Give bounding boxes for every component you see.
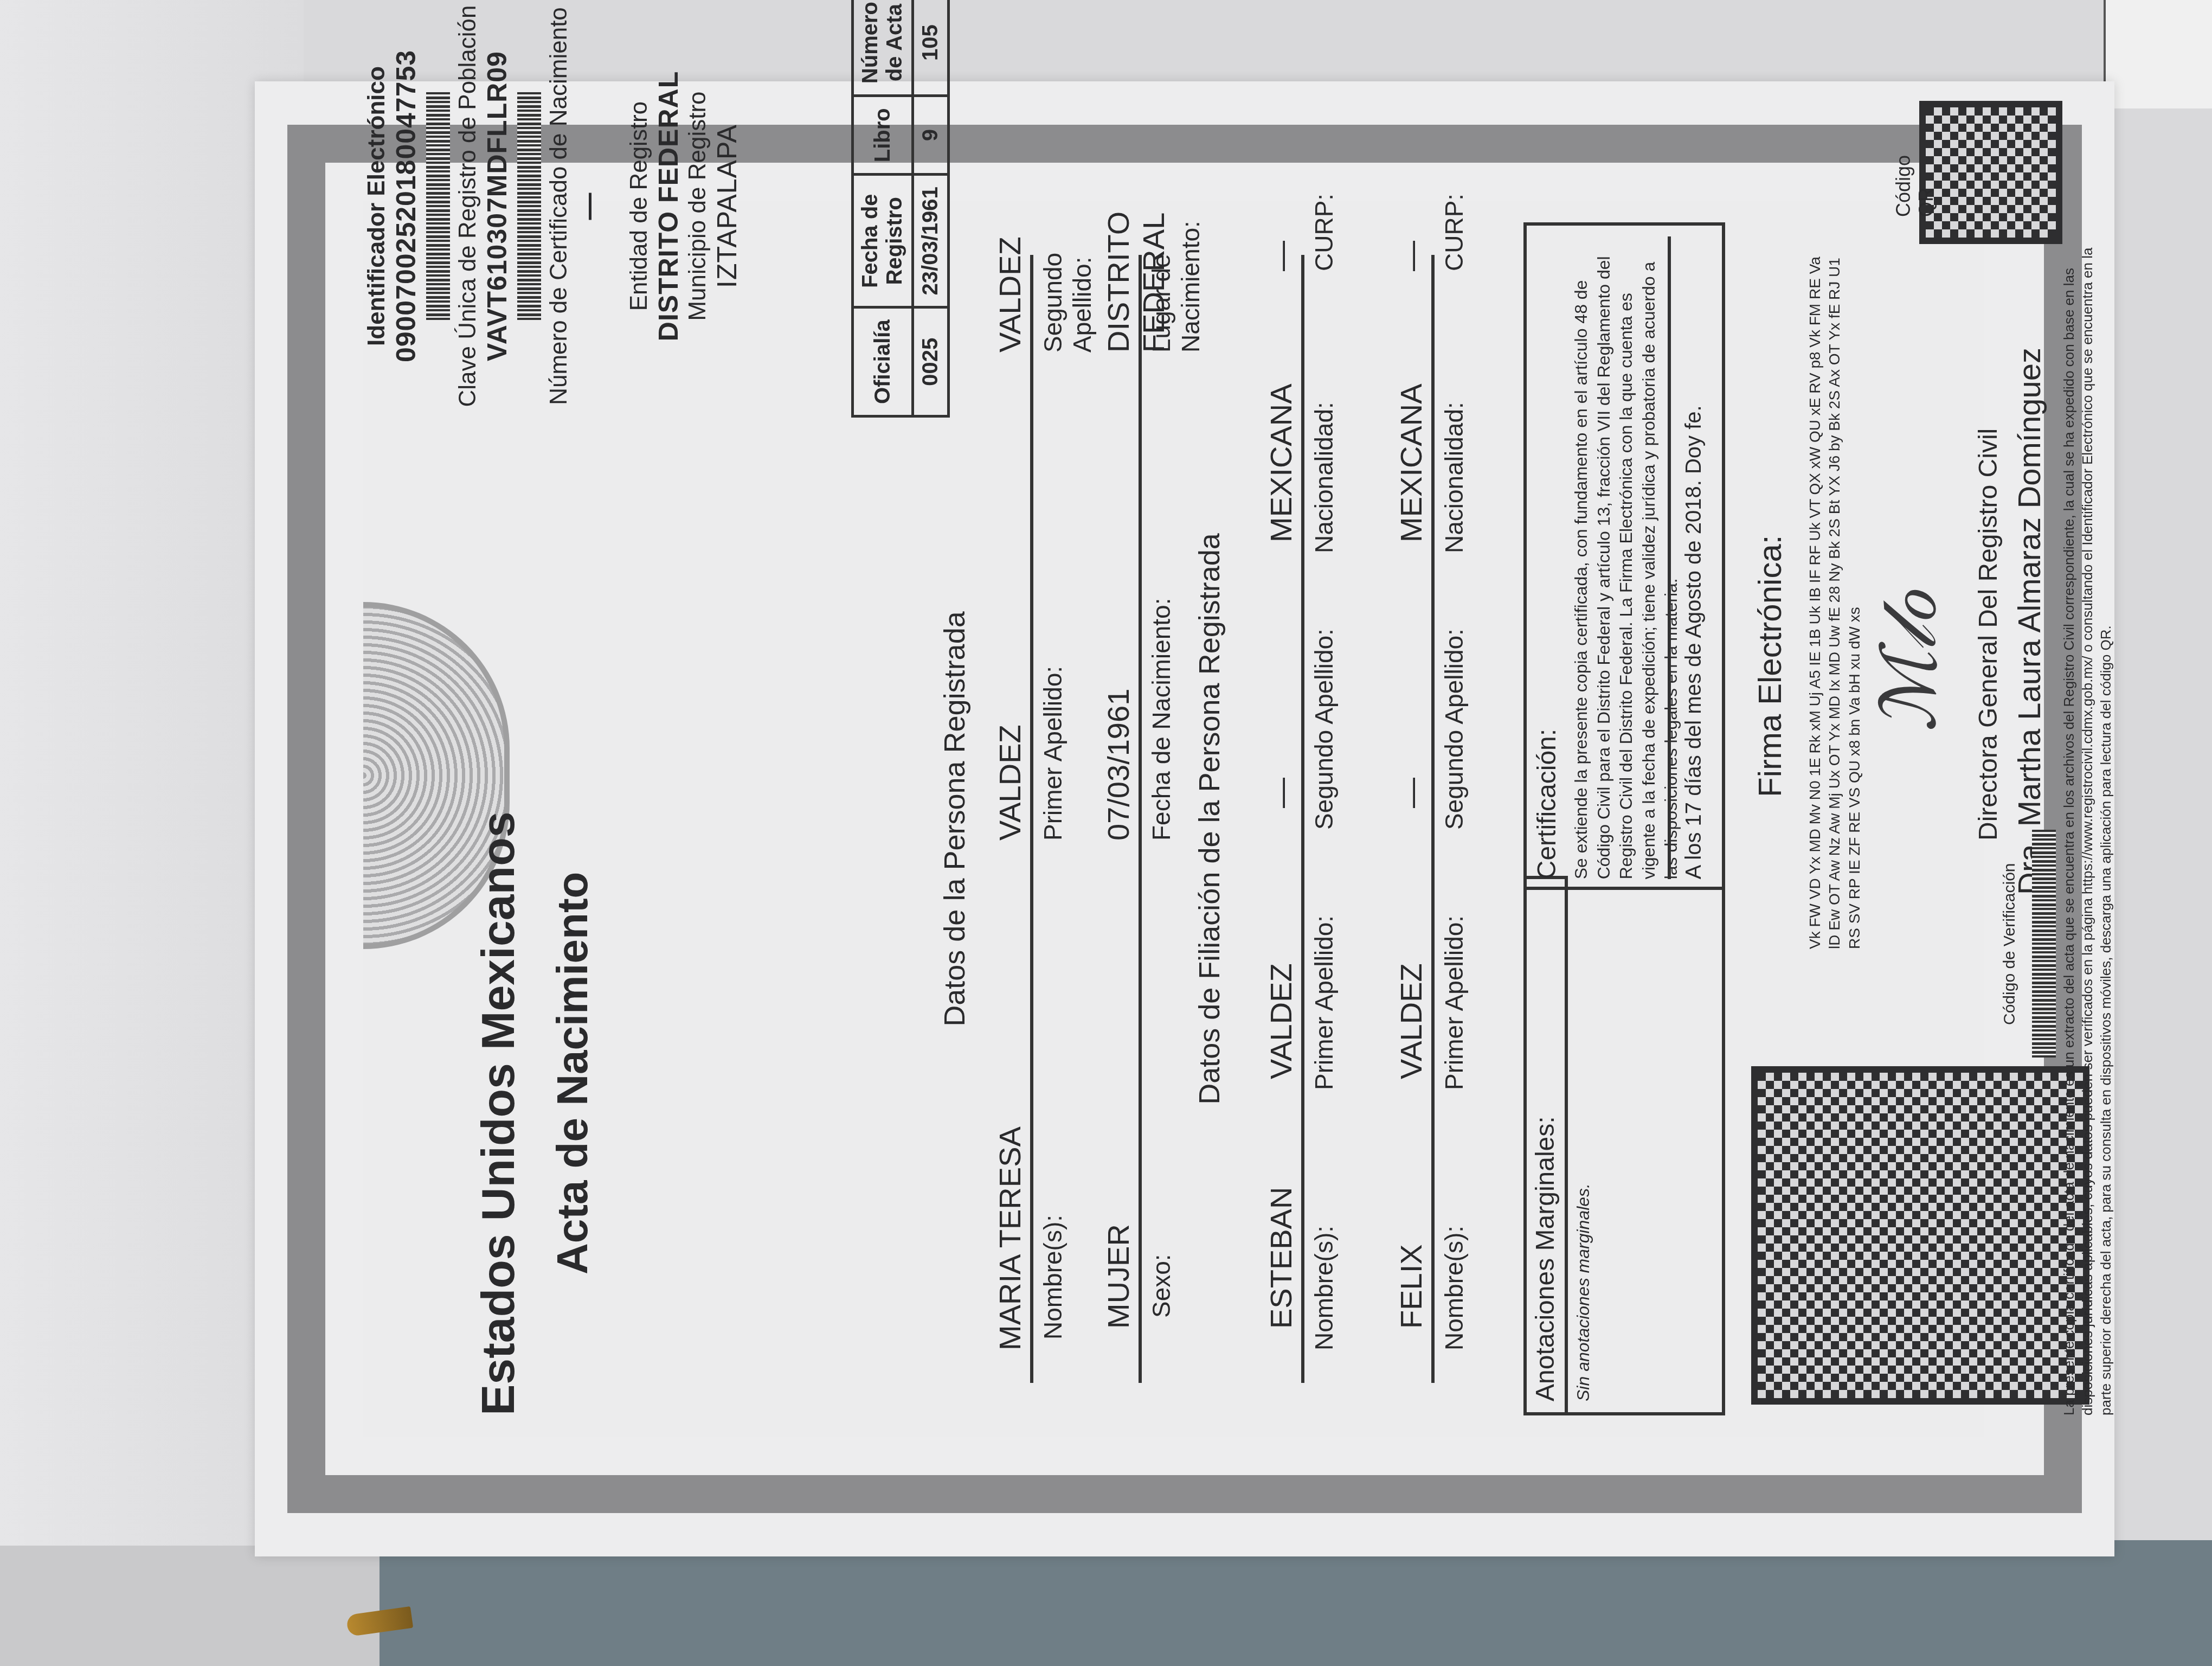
footer-text: La presente copia certificada del acta d… bbox=[2060, 222, 2115, 1415]
padre-curp-label: CURP: bbox=[1309, 194, 1339, 271]
country-title: Estados Unidos Mexicanos bbox=[472, 811, 525, 1415]
table-cell: 9 bbox=[913, 96, 949, 175]
padre-nacionalidad-label: Nacionalidad: bbox=[1309, 402, 1339, 553]
anotaciones-label: Anotaciones Marginales: bbox=[1527, 876, 1568, 1412]
padre-nacionalidad-value: MEXICANA bbox=[1393, 384, 1429, 543]
table-header: Oficialía bbox=[853, 307, 913, 416]
municipio-value: IZTAPALAPA bbox=[711, 0, 743, 450]
firma-label: Firma Electrónica: bbox=[1751, 535, 1789, 797]
sexo-label: Sexo: bbox=[1147, 1254, 1176, 1318]
table-cell: 105 bbox=[913, 0, 949, 96]
table-header: Fecha de Registro bbox=[853, 175, 913, 307]
firma-hash: Vk FW VD Yx MD Mv N0 1E Rk xM Uj A5 IE 1… bbox=[1805, 244, 1864, 949]
padre-curp-value: — bbox=[1263, 241, 1298, 271]
qr-code-small-icon bbox=[1919, 101, 2062, 244]
entidad-value: DISTRITO FEDERAL bbox=[653, 0, 684, 450]
barcode-icon bbox=[517, 92, 541, 320]
fecha-nacimiento-label: Fecha de Nacimiento: bbox=[1147, 598, 1176, 841]
primer-apellido-label: Primer Apellido: bbox=[1038, 666, 1068, 841]
registro-table: Oficialía Fecha de Registro Libro Número… bbox=[851, 0, 950, 418]
certificado-label: Número de Certificado de Nacimiento bbox=[545, 0, 573, 450]
certificate-body: Estados Unidos Mexicanos Acta de Nacimie… bbox=[363, 201, 1984, 1437]
certificacion-label: Certificación: bbox=[1532, 729, 1562, 879]
sexo-value: MUJER bbox=[1101, 1224, 1136, 1329]
nombre-label: Nombre(s): bbox=[1038, 1215, 1068, 1340]
certificado-value: — bbox=[573, 0, 604, 450]
folder bbox=[380, 1540, 2212, 1666]
firma-nombre: Dra. Martha Laura Almaraz Domínguez bbox=[2011, 348, 2048, 895]
padre-nombre-label: Nombre(s): bbox=[1439, 1226, 1469, 1350]
segundo-apellido-value: VALDEZ bbox=[992, 236, 1027, 353]
divider bbox=[1030, 255, 1033, 1383]
padre-nombre-value: ESTEBAN bbox=[1263, 1187, 1298, 1329]
anotaciones-value: Sin anotaciones marginales. bbox=[1572, 1183, 1595, 1401]
padre-segundo-apellido-label: Segundo Apellido: bbox=[1439, 629, 1469, 830]
padre-row: FELIX VALDEZ — MEXICANA — Nombre(s): Pri… bbox=[1393, 255, 1469, 1383]
firma-cargo: Directora General Del Registro Civil bbox=[1973, 428, 2003, 841]
padre-segundo-apellido-value: — bbox=[1393, 778, 1429, 808]
verification-barcode-icon bbox=[2032, 830, 2056, 1058]
padre-primer-apellido-value: VALDEZ bbox=[1263, 963, 1298, 1079]
padre-segundo-apellido-value: — bbox=[1263, 778, 1298, 808]
codigo-qr-label: Código QR bbox=[1892, 155, 1938, 217]
anotaciones-certificacion-box: Anotaciones Marginales: Sin anotaciones … bbox=[1523, 222, 1725, 1415]
background-paper bbox=[2104, 0, 2212, 108]
divider bbox=[1301, 255, 1304, 1383]
certificacion-fecha: A los 17 días del mes de Agosto de 2018.… bbox=[1668, 236, 1706, 879]
header-identifiers: Identificador Electrónico 09007002520180… bbox=[363, 0, 743, 450]
document-title: Acta de Nacimiento bbox=[548, 872, 597, 1274]
padre-nacionalidad-label: Nacionalidad: bbox=[1439, 402, 1469, 553]
qr-code-large-icon bbox=[1751, 1066, 2089, 1405]
identificador-value: 09007002520180047753 bbox=[390, 0, 422, 450]
persona-name-row: MARIA TERESA VALDEZ VALDEZ Nombre(s): Pr… bbox=[992, 255, 1068, 1383]
persona-birth-row: MUJER 07/03/1961 DISTRITO FEDERAL Sexo: … bbox=[1101, 255, 1176, 1383]
padre-nombre-value: FELIX bbox=[1393, 1244, 1429, 1329]
divider bbox=[1431, 255, 1435, 1383]
nombre-value: MARIA TERESA bbox=[992, 1126, 1027, 1350]
primer-apellido-value: VALDEZ bbox=[992, 725, 1027, 841]
padre-segundo-apellido-label: Segundo Apellido: bbox=[1309, 629, 1339, 830]
document-wrapper: Estados Unidos Mexicanos Acta de Nacimie… bbox=[255, 81, 2114, 1556]
identificador-label: Identificador Electrónico bbox=[363, 0, 390, 450]
handwritten-signature-icon: ℳ𝓁ℴ bbox=[1865, 591, 1954, 732]
municipio-label: Municipio de Registro bbox=[684, 0, 711, 450]
divider bbox=[1527, 887, 1722, 890]
segundo-apellido-label: Segundo Apellido: bbox=[1038, 253, 1097, 353]
padre-curp-label: CURP: bbox=[1439, 194, 1469, 271]
padre-curp-value: — bbox=[1393, 241, 1429, 271]
birth-certificate: Estados Unidos Mexicanos Acta de Nacimie… bbox=[255, 81, 2114, 1556]
padre-row: ESTEBAN VALDEZ — MEXICANA — Nombre(s): P… bbox=[1263, 255, 1339, 1383]
curp-label: Clave Única de Registro de Población bbox=[454, 0, 481, 450]
filiacion-section-title: Datos de Filiación de la Persona Registr… bbox=[1193, 201, 1226, 1437]
padre-nombre-label: Nombre(s): bbox=[1309, 1226, 1339, 1350]
entidad-label: Entidad de Registro bbox=[626, 0, 653, 450]
table-header: Libro bbox=[853, 96, 913, 175]
table-header: Número de Acta bbox=[853, 0, 913, 96]
barcode-icon bbox=[426, 92, 450, 320]
padre-primer-apellido-label: Primer Apellido: bbox=[1439, 915, 1469, 1090]
padre-primer-apellido-value: VALDEZ bbox=[1393, 963, 1429, 1079]
persona-section-title: Datos de la Persona Registrada bbox=[938, 201, 972, 1437]
certificacion-text: Se extiende la presente copia certificad… bbox=[1570, 236, 1683, 879]
fecha-nacimiento-value: 07/03/1961 bbox=[1101, 689, 1136, 841]
codigo-verificacion-label: Código de Verificación bbox=[2001, 863, 2019, 1025]
padre-primer-apellido-label: Primer Apellido: bbox=[1309, 915, 1339, 1090]
padre-nacionalidad-value: MEXICANA bbox=[1263, 384, 1298, 543]
curp-value: VAVT610307MDFLLR09 bbox=[481, 0, 513, 450]
divider bbox=[1139, 255, 1142, 1383]
